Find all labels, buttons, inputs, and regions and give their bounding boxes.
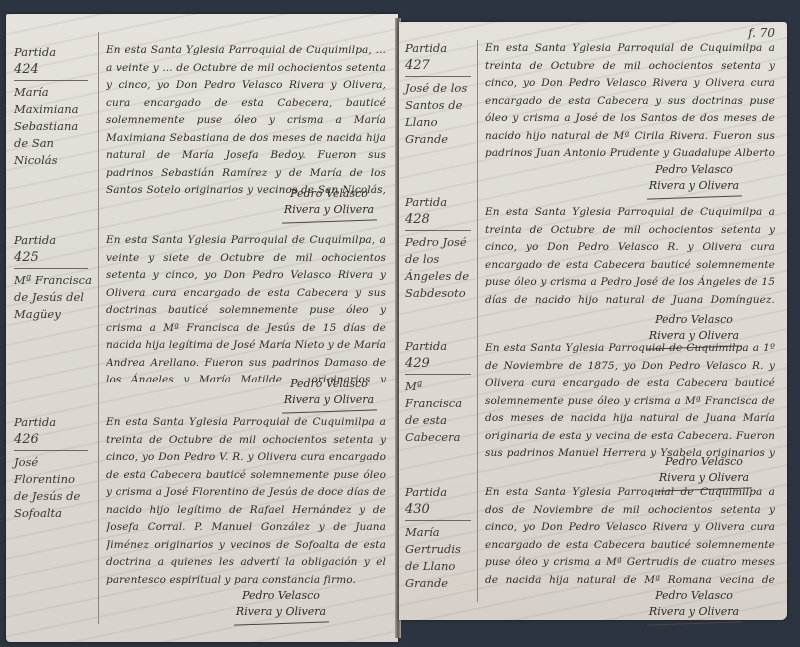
baptized-name: María Maximiana Sebastiana de San Nicolá… <box>14 85 79 167</box>
partida-number: 430 <box>405 501 475 518</box>
margin-rule <box>477 40 478 602</box>
margin-divider <box>405 76 471 77</box>
partida-number: 427 <box>405 57 475 74</box>
signature-426: Pedro Velasco Rivera y Olivera <box>226 588 336 624</box>
partida-label: Partida <box>14 415 56 429</box>
partida-label: Partida <box>405 41 447 55</box>
partida-number: 426 <box>14 431 92 448</box>
baptized-name: Mª Francisca de esta Cabecera <box>405 379 462 444</box>
signature-flourish <box>647 621 742 625</box>
signature-flourish <box>282 219 377 223</box>
partida-number: 429 <box>405 355 475 372</box>
signature-424: Pedro Velasco Rivera y Olivera <box>274 186 384 222</box>
partida-label: Partida <box>405 485 447 499</box>
margin-divider <box>405 230 471 231</box>
signature-flourish <box>647 195 742 199</box>
partida-label: Partida <box>14 233 56 247</box>
margin-divider <box>405 520 471 521</box>
baptized-name: José Florentino de Jesús de Sofoalta <box>14 455 80 520</box>
baptized-name: María Gertrudis de Llano Grande <box>405 525 461 590</box>
partida-label: Partida <box>405 195 447 209</box>
signature-text: Pedro Velasco Rivera y Olivera <box>236 589 326 618</box>
signature-flourish <box>282 409 377 413</box>
margin-rule <box>98 32 99 624</box>
signature-text: Pedro Velasco Rivera y Olivera <box>649 589 739 618</box>
entry-body-430: En esta Santa Yglesia Parroquial de Cuqu… <box>485 484 775 589</box>
partida-number: 424 <box>14 61 92 78</box>
margin-divider <box>14 450 88 451</box>
margin-entry-425: Partida 425 Mª Francisca de Jesús del Ma… <box>14 232 92 323</box>
entry-body-429: En esta Santa Yglesia Parroquial de Cuqu… <box>485 340 775 462</box>
left-page: Partida 424 María Maximiana Sebastiana d… <box>6 14 398 642</box>
signature-430: Pedro Velasco Rivera y Olivera <box>639 588 749 624</box>
margin-entry-429: Partida 429 Mª Francisca de esta Cabecer… <box>405 338 475 446</box>
partida-label: Partida <box>14 45 56 59</box>
margin-entry-427: Partida 427 José de los Santos de Llano … <box>405 40 475 148</box>
folio-number: f. 70 <box>748 26 775 40</box>
signature-427: Pedro Velasco Rivera y Olivera <box>639 162 749 198</box>
signature-425: Pedro Velasco Rivera y Olivera <box>274 376 384 412</box>
signature-text: Pedro Velasco Rivera y Olivera <box>284 377 374 406</box>
signature-text: Pedro Velasco Rivera y Olivera <box>649 163 739 192</box>
signature-text: Pedro Velasco Rivera y Olivera <box>659 455 749 484</box>
margin-entry-428: Partida 428 Pedro José de los Ángeles de… <box>405 194 475 302</box>
entry-body-425: En esta Santa Yglesia Parroquial de Cuqu… <box>106 232 386 382</box>
partida-label: Partida <box>405 339 447 353</box>
signature-text: Pedro Velasco Rivera y Olivera <box>284 187 374 216</box>
register-spread: Partida 424 María Maximiana Sebastiana d… <box>6 10 792 640</box>
entry-body-428: En esta Santa Yglesia Parroquial de Cuqu… <box>485 204 775 310</box>
entry-body-424: En esta Santa Yglesia Parroquial de Cuqu… <box>106 42 386 202</box>
baptized-name: Mª Francisca de Jesús del Magüey <box>14 273 92 321</box>
margin-divider <box>14 268 88 269</box>
signature-text: Pedro Velasco Rivera y Olivera <box>649 313 739 342</box>
baptized-name: José de los Santos de Llano Grande <box>405 81 467 146</box>
signature-flourish <box>234 621 329 625</box>
partida-number: 428 <box>405 211 475 228</box>
partida-number: 425 <box>14 249 92 266</box>
margin-entry-430: Partida 430 María Gertrudis de Llano Gra… <box>405 484 475 592</box>
right-page: f. 70 Partida 427 José de los Santos de … <box>399 22 787 620</box>
margin-entry-426: Partida 426 José Florentino de Jesús de … <box>14 414 92 522</box>
margin-divider <box>14 80 88 81</box>
margin-divider <box>405 374 471 375</box>
entry-body-426: En esta Santa Yglesia Parroquial de Cuqu… <box>106 414 386 589</box>
baptized-name: Pedro José de los Ángeles de Sabdesoto <box>405 235 469 300</box>
entry-body-427: En esta Santa Yglesia Parroquial de Cuqu… <box>485 40 775 162</box>
margin-entry-424: Partida 424 María Maximiana Sebastiana d… <box>14 44 92 169</box>
